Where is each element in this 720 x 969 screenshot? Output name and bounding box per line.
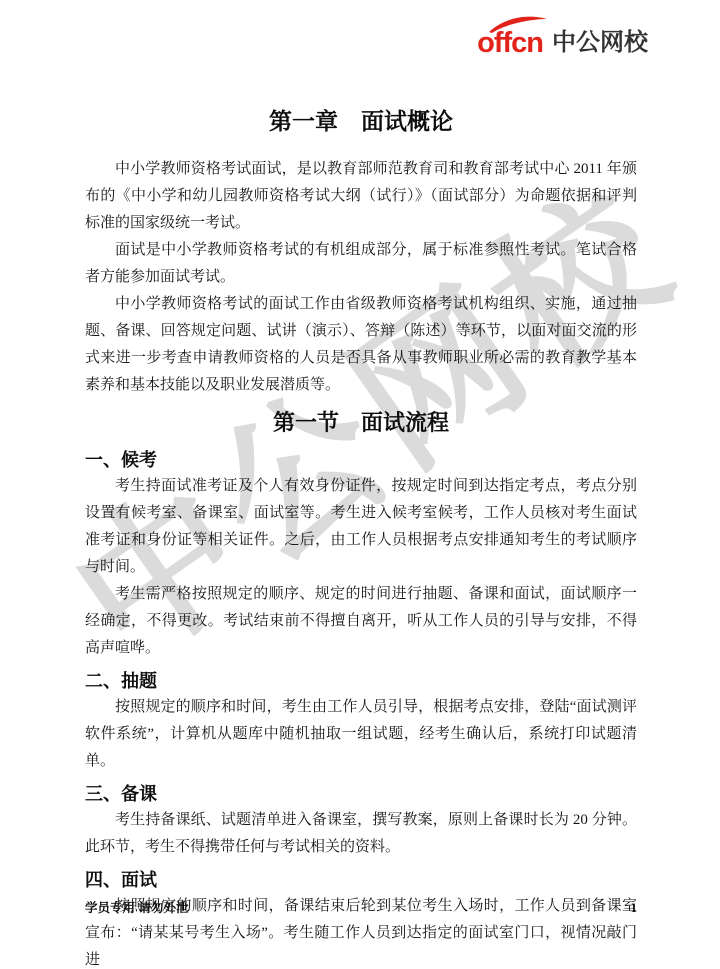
brand-logo: offcn 中公网校: [477, 30, 648, 56]
footer-page-number: 1: [631, 900, 638, 916]
body-paragraph: 按照规定的顺序和时间，考生由工作人员引导，根据考点安排，登陆“面试测评软件系统”…: [85, 694, 637, 775]
body-paragraph: 考生持备课纸、试题清单进入备课室，撰写教案，原则上备课时长为 20 分钟。此环节…: [85, 807, 637, 861]
brand-wordmark-cn: 中公网校: [552, 30, 648, 56]
document-content: 第一章 面试概论 中小学教师资格考试面试，是以教育部师范教育司和教育部考试中心 …: [85, 0, 637, 969]
footer-confidential-label: 学员专用 请勿外泄: [85, 898, 188, 916]
intro-paragraph: 中小学教师资格考试的面试工作由省级教师资格考试机构组织、实施，通过抽题、备课、回…: [85, 291, 637, 399]
swoosh-icon: [487, 16, 549, 34]
body-paragraph: 考生需严格按照规定的顺序、规定的时间进行抽题、备课和面试，面试顺序一经确定，不得…: [85, 581, 637, 662]
page-footer: 学员专用 请勿外泄 1: [85, 898, 637, 916]
subsection-heading-mianshi: 四、面试: [85, 867, 637, 893]
subsection-heading-chouti: 二、抽题: [85, 668, 637, 694]
brand-wordmark-en: offcn: [477, 30, 543, 56]
intro-paragraph: 中小学教师资格考试面试，是以教育部师范教育司和教育部考试中心 2011 年颁布的…: [85, 156, 637, 237]
subsection-heading-beike: 三、备课: [85, 781, 637, 807]
body-paragraph: 考生持面试准考证及个人有效身份证件，按规定时间到达指定考点，考点分别设置有候考室…: [85, 473, 637, 581]
intro-paragraph: 面试是中小学教师资格考试的有机组成部分，属于标准参照性考试。笔试合格者方能参加面…: [85, 237, 637, 291]
subsection-heading-houkao: 一、候考: [85, 447, 637, 473]
section-title: 第一节 面试流程: [85, 407, 637, 439]
chapter-title: 第一章 面试概论: [85, 104, 637, 138]
document-page: 中公网校 offcn 中公网校 第一章 面试概论 中小学教师资格考试面试，是以教…: [0, 0, 720, 969]
